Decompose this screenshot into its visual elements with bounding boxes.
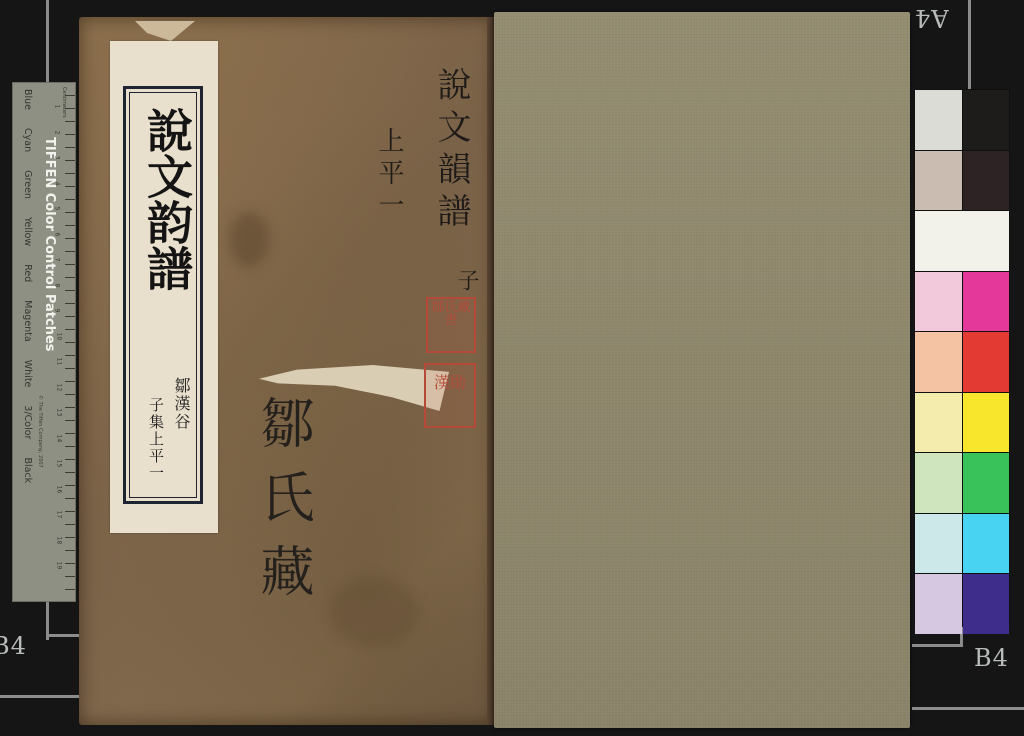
paper-stain xyxy=(329,577,419,647)
color-patch-light-yellow xyxy=(915,393,962,453)
handwritten-owner-mark: 鄒氏藏 xyxy=(245,395,322,617)
color-patch-light-green xyxy=(915,453,962,513)
ruler-cm-mark: 19 xyxy=(55,562,62,570)
ruler-cm-mark: 3 xyxy=(53,156,60,160)
color-patch-red xyxy=(963,332,1010,392)
color-patch-dark-brown xyxy=(963,151,1010,211)
handwritten-section-suffix: 子 xyxy=(451,269,482,291)
cloth-case-cover xyxy=(494,12,910,728)
grid-label-bottom-left: B4 xyxy=(0,632,27,660)
ruler-cm-mark: 7 xyxy=(53,258,60,262)
color-patch-light-pink xyxy=(915,272,962,332)
ruler-cm-mark: 2 xyxy=(53,130,60,134)
paper-damage xyxy=(135,21,195,41)
title-slip-volume: 子集上平一 xyxy=(146,397,167,482)
color-patch-green xyxy=(963,453,1010,513)
book-cover: 說文韵譜 鄒漢谷 子集上平一 說文韻譜 子 上平一 鄒氏藏 鄒氏藏書 漢勛 xyxy=(79,17,495,725)
grid-line xyxy=(968,0,971,90)
grid-line xyxy=(912,644,963,647)
red-seal-upper: 鄒氏藏書 xyxy=(426,297,476,353)
color-patch-lavender xyxy=(915,574,962,634)
handwritten-volume: 上平一 xyxy=(371,127,408,223)
ruler-cm-mark: 5 xyxy=(53,207,60,211)
title-slip-author: 鄒漢谷 xyxy=(170,377,193,431)
ruler-cm-mark: 16 xyxy=(55,485,62,493)
ruler-cm-mark: 11 xyxy=(55,358,62,366)
ruler-copyright: © The Tiffen Company, 2007 xyxy=(37,395,43,468)
ruler-cm-mark: 4 xyxy=(53,181,60,185)
ruler-cm-mark: 10 xyxy=(55,332,62,340)
ruler-cm-mark: 8 xyxy=(53,283,60,287)
color-patch-white xyxy=(915,211,1009,271)
color-patch-light-cyan xyxy=(915,514,962,574)
color-patch-warm-gray xyxy=(915,151,962,211)
grid-label-top-right: A4 xyxy=(914,4,949,32)
ruler-cm-marks: 12345678910111213141516171819 xyxy=(55,99,67,599)
color-checker xyxy=(914,89,1010,627)
ruler-cm-mark: 14 xyxy=(55,434,62,442)
color-patch-magenta xyxy=(963,272,1010,332)
grid-line xyxy=(46,634,80,637)
title-slip-title: 說文韵譜 xyxy=(126,107,200,291)
handwritten-title: 說文韻譜 xyxy=(427,67,476,235)
color-patch-light-gray xyxy=(915,90,962,150)
ruler-cm-mark: 1 xyxy=(53,105,60,109)
ruler-cm-mark: 13 xyxy=(55,409,62,417)
ruler-color-names: Blue Cyan Green Yellow Red Magenta White… xyxy=(22,89,33,483)
color-patch-black xyxy=(963,90,1010,150)
photo-stage: A4 B4 B4 Centimeters Blue Cyan Green Yel… xyxy=(0,0,1024,736)
ruler-cm-mark: 17 xyxy=(55,511,62,519)
grid-line xyxy=(0,695,80,698)
ruler-cm-mark: 6 xyxy=(53,232,60,236)
title-slip-frame: 說文韵譜 鄒漢谷 子集上平一 xyxy=(123,86,203,504)
grid-line xyxy=(912,707,1024,710)
ruler-cm-mark: 12 xyxy=(55,383,62,391)
ruler-cm-mark: 15 xyxy=(55,460,62,468)
tiffen-ruler: Centimeters Blue Cyan Green Yellow Red M… xyxy=(12,82,76,602)
color-patch-cyan xyxy=(963,514,1010,574)
ruler-cm-mark: 18 xyxy=(55,536,62,544)
color-patch-violet xyxy=(963,574,1010,634)
color-patch-peach xyxy=(915,332,962,392)
title-slip: 說文韵譜 鄒漢谷 子集上平一 xyxy=(110,41,218,533)
ruler-cm-mark: 9 xyxy=(53,309,60,313)
red-seal-lower: 漢勛 xyxy=(424,363,476,428)
color-patch-yellow xyxy=(963,393,1010,453)
grid-label-bottom-right: B4 xyxy=(974,644,1009,672)
paper-stain xyxy=(229,212,269,267)
